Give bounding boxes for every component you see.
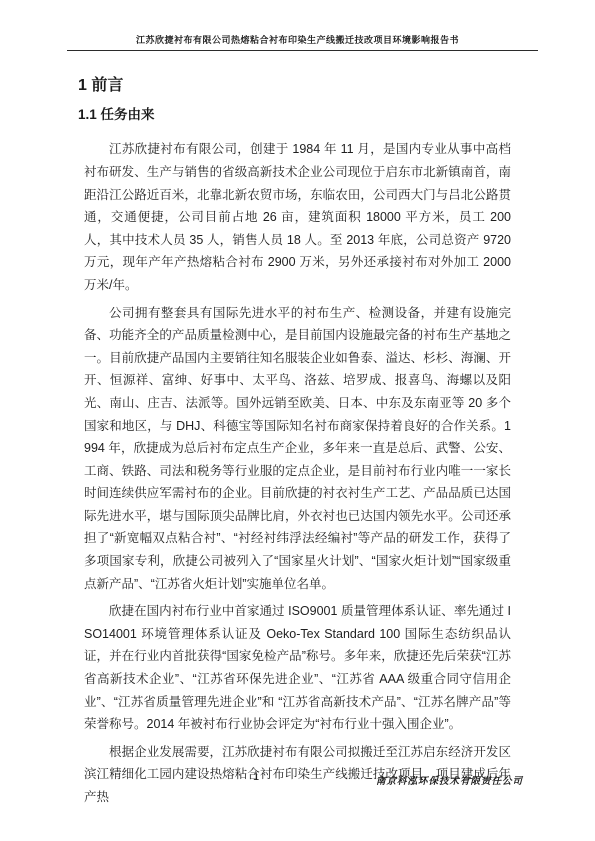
document-body: 1 前言 1.1 任务由来 江苏欣捷衬布有限公司，创建于 1984 年 11 月… xyxy=(84,57,511,814)
paragraph-certifications: 欣捷在国内衬布行业中首家通过 ISO9001 质量管理体系认证、率先通过 ISO… xyxy=(84,600,511,736)
page-footer: 1 南京科泓环保技术有限责任公司 xyxy=(0,771,595,789)
chapter-heading: 1 前言 xyxy=(78,76,511,95)
document-page: 江苏欣捷衬布有限公司热熔粘合衬布印染生产线搬迁技改项目环境影响报告书 1 前言 … xyxy=(0,0,595,841)
page-number: 1 xyxy=(253,771,259,783)
paragraph-company-intro: 江苏欣捷衬布有限公司，创建于 1984 年 11 月，是国内专业从事中高档衬布研… xyxy=(84,138,511,296)
header-rule xyxy=(67,50,538,51)
page-header: 江苏欣捷衬布有限公司热熔粘合衬布印染生产线搬迁技改项目环境影响报告书 xyxy=(0,0,595,51)
footer-company-name: 南京科泓环保技术有限责任公司 xyxy=(376,773,523,787)
section-heading: 1.1 任务由来 xyxy=(78,107,511,123)
header-title: 江苏欣捷衬布有限公司热熔粘合衬布印染生产线搬迁技改项目环境影响报告书 xyxy=(0,0,595,46)
paragraph-products-markets: 公司拥有整套具有国际先进水平的衬布生产、检测设备，并建有设施完备、功能齐全的产品… xyxy=(84,302,511,596)
